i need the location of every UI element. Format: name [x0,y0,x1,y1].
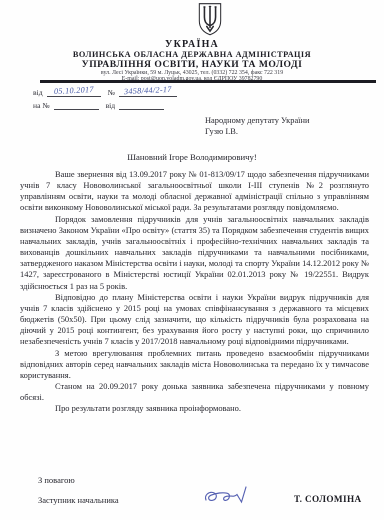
handwritten-number: 3458/44/2-17 [124,85,172,96]
date-field: 05.10.2017 [47,87,101,97]
addressee-name: Гузю І.В. [205,126,309,137]
letter-paragraph: Ваше звернення від 13.09.2017 року № 01-… [20,169,369,214]
handwritten-signature-icon [200,484,258,510]
number-label: № [108,88,115,97]
department-name: УПРАВЛІННЯ ОСВІТИ, НАУКИ ТА МОЛОДІ [0,59,384,70]
closing-regards: З повагою [38,475,75,485]
signer-name: Т. СОЛОМІНА [294,494,362,504]
scanned-letter-page: { "header": { "emblem": "tryzub-coat-of-… [0,0,384,520]
number-field: 3458/44/2-17 [119,87,177,97]
reply-number-label: на № [33,101,50,110]
letter-paragraph: Станом на 20.09.2017 року донька заявник… [20,381,369,403]
organization-name: ВОЛИНСЬКА ОБЛАСНА ДЕРЖАВНА АДМІНІСТРАЦІЯ [0,50,384,59]
reference-block: від 05.10.2017 № 3458/44/2-17 на № від [33,86,184,111]
salutation: Шановний Ігоре Володимировичу! [0,152,384,162]
addressee-title: Народному депутату України [205,115,309,126]
tryzub-emblem-icon [197,2,223,36]
reply-date-field [119,100,164,110]
reply-number-field [54,100,99,110]
addressee-block: Народному депутату України Гузю І.В. [205,115,309,138]
country-name: УКРАЇНА [0,39,384,50]
reference-row-incoming: на № від [33,99,184,110]
letter-paragraph: З метою врегулювання проблемних питань п… [20,348,369,381]
signer-position: Заступник начальника [38,495,119,505]
reference-row-outgoing: від 05.10.2017 № 3458/44/2-17 [33,86,184,97]
reply-from-label: від [106,101,116,110]
letter-page: УКРАЇНА ВОЛИНСЬКА ОБЛАСНА ДЕРЖАВНА АДМІН… [0,0,384,520]
from-label: від [33,88,43,97]
letter-body: Ваше звернення від 13.09.2017 року № 01-… [20,169,369,414]
letterhead-divider [40,80,376,83]
letter-paragraph: Про результати розгляду заявника проінфо… [20,403,369,414]
letter-paragraph: Порядок замовлення підручників для учнів… [20,214,369,292]
handwritten-date: 05.10.2017 [53,85,93,96]
letter-paragraph: Відповідно до плану Міністерства освіти … [20,292,369,348]
